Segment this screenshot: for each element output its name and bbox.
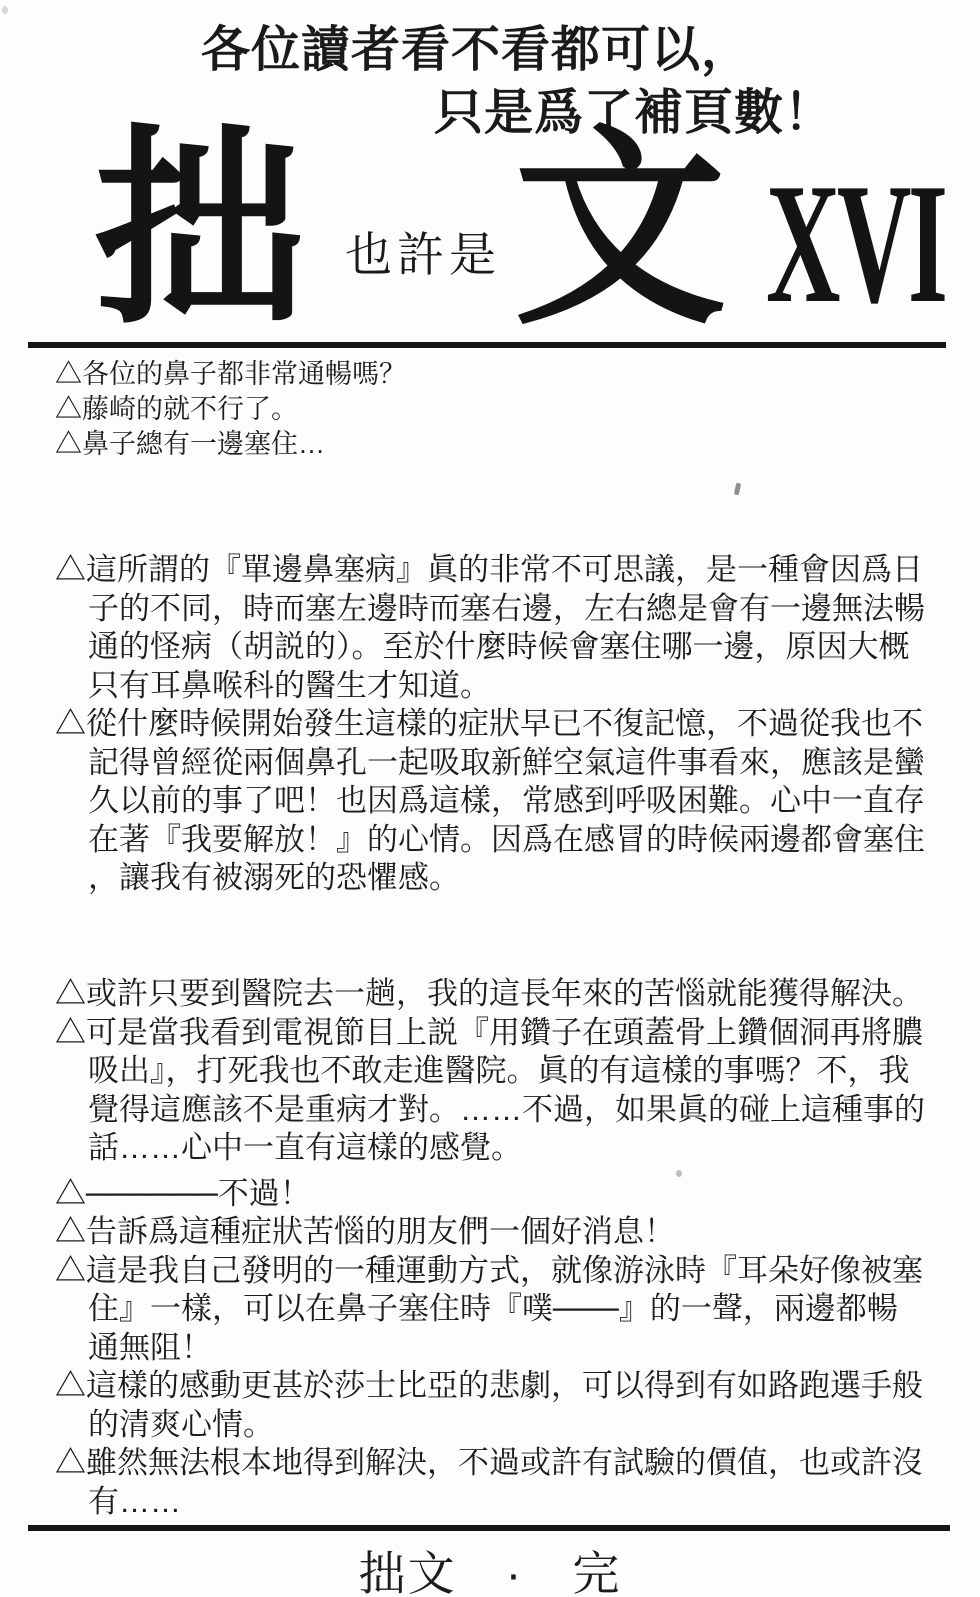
paragraph: △這所謂的『單邊鼻塞病』眞的非常不可思議，是一種會因爲日 子的不同，時而塞左邊時… — [55, 551, 925, 705]
paragraph: △鼻子總有一邊塞住… — [55, 427, 406, 462]
paragraph: △這樣的感動更甚於莎士比亞的悲劇，可以得到有如路跑選手般 的清爽心情。 — [55, 1367, 925, 1444]
paragraph: △這是我自己發明的一種運動方式，就像游泳時『耳朵好像被塞 住』一樣，可以在鼻子塞… — [55, 1252, 925, 1368]
title-roman-numeral: XVI — [766, 158, 944, 330]
paragraph: △雖然無法根本地得到解決，不過或許有試驗的價值，也或許沒 有…… — [55, 1444, 925, 1521]
paragraph: △藤崎的就不行了。 — [55, 392, 406, 427]
title-big-char-left: 拙 — [94, 132, 306, 327]
title-big-char-right: 文 — [514, 132, 726, 327]
scan-speck — [734, 483, 741, 496]
header-line-1: 各位讀者看不看都可以， — [201, 24, 751, 78]
text-block-remedy: △或許只要到醫院去一趟，我的這長年來的苦惱就能獲得解決。△可是當我看到電視節目上… — [55, 975, 925, 1521]
bottom-divider-rule — [28, 1525, 950, 1531]
paragraph: △可是當我看到電視節目上説『用鑽子在頭蓋骨上鑽個洞再將膿 吸出』，打死我也不敢走… — [55, 1014, 925, 1168]
footer-end-mark: 拙文 · 完 — [0, 1537, 980, 1597]
text-block-disease: △這所謂的『單邊鼻塞病』眞的非常不可思議，是一種會因爲日 子的不同，時而塞左邊時… — [55, 551, 925, 898]
top-divider-rule — [28, 342, 946, 348]
paragraph: △──────不過！ — [55, 1175, 925, 1214]
text-block-intro: △各位的鼻子都非常通暢嗎？△藤崎的就不行了。△鼻子總有一邊塞住… — [55, 357, 406, 462]
scan-speck — [2, 6, 8, 14]
paragraph: △各位的鼻子都非常通暢嗎？ — [55, 357, 406, 392]
paragraph: △從什麼時候開始發生這樣的症狀早已不復記憶，不過從我也不 記得曾經從兩個鼻孔一起… — [55, 705, 925, 898]
manga-author-column-page: 各位讀者看不看都可以， 只是爲了補頁數！ 拙 也許是 文 XVI △各位的鼻子都… — [0, 0, 980, 1597]
title-middle-script: 也許是 — [345, 218, 501, 285]
paragraph: △或許只要到醫院去一趟，我的這長年來的苦惱就能獲得解決。 — [55, 975, 925, 1014]
scan-speck — [676, 1170, 682, 1177]
paragraph: △告訴爲這種症狀苦惱的朋友們一個好消息！ — [55, 1213, 925, 1252]
